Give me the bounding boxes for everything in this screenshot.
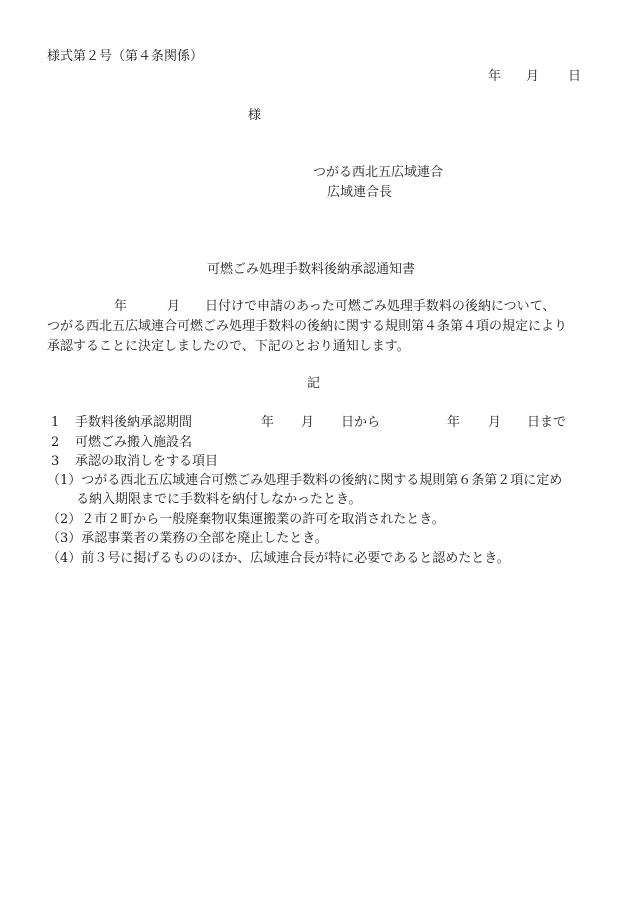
- from-day-label: 日から: [341, 416, 380, 429]
- to-month-label: 月: [488, 416, 501, 429]
- body-month-label: 月: [167, 300, 180, 313]
- item-number: 1: [51, 416, 59, 429]
- item-number: 3: [51, 455, 59, 468]
- to-day-label: 日まで: [527, 416, 566, 429]
- from-month-label: 月: [301, 416, 314, 429]
- body-year-label: 年: [114, 300, 127, 313]
- sub-item-3: （3）承認事業者の業務の全部を廃止したとき。: [47, 532, 328, 545]
- date-month-label: 月: [526, 70, 539, 83]
- date-year-label: 年: [488, 70, 501, 83]
- date-day-label: 日: [568, 70, 581, 83]
- sub-item-1: （1）つがる西北五広域連合可燃ごみ処理手数料の後納に関する規則第６条第２項に定め: [47, 474, 562, 487]
- issuer-organization: つがる西北五広域連合: [313, 166, 443, 179]
- recipient-suffix: 様: [248, 109, 261, 122]
- item-label: 手数料後納承認期間: [75, 416, 192, 429]
- body-line-1-text: 日付けで申請のあった可燃ごみ処理手数料の後納について、: [205, 300, 555, 313]
- form-number: 様式第２号（第４条関係）: [47, 50, 203, 63]
- sub-item-1-continuation: る納入期限までに手数料を納付しなかったとき。: [76, 493, 361, 506]
- issuer-title: 広域連合長: [327, 186, 392, 199]
- item-number: 2: [51, 436, 59, 449]
- sub-item-2: （2）２市２町から一般廃棄物収集運搬業の許可を取消されたとき。: [47, 513, 445, 526]
- body-paragraph-line-2: つがる西北五広域連合可燃ごみ処理手数料の後納に関する規則第４条第４項の規定により: [47, 320, 567, 333]
- from-year-label: 年: [261, 416, 274, 429]
- ki-heading: 記: [307, 377, 320, 390]
- document-title: 可燃ごみ処理手数料後納承認通知書: [207, 263, 415, 276]
- to-year-label: 年: [447, 416, 460, 429]
- sub-item-4: （4）前３号に掲げるもののほか、広域連合長が特に必要であると認めたとき。: [47, 552, 510, 565]
- body-paragraph-line-3: 承認することに決定しましたので、下記のとおり通知します。: [47, 340, 410, 353]
- item-label: 可燃ごみ搬入施設名: [75, 436, 192, 449]
- item-label: 承認の取消しをする項目: [75, 455, 218, 468]
